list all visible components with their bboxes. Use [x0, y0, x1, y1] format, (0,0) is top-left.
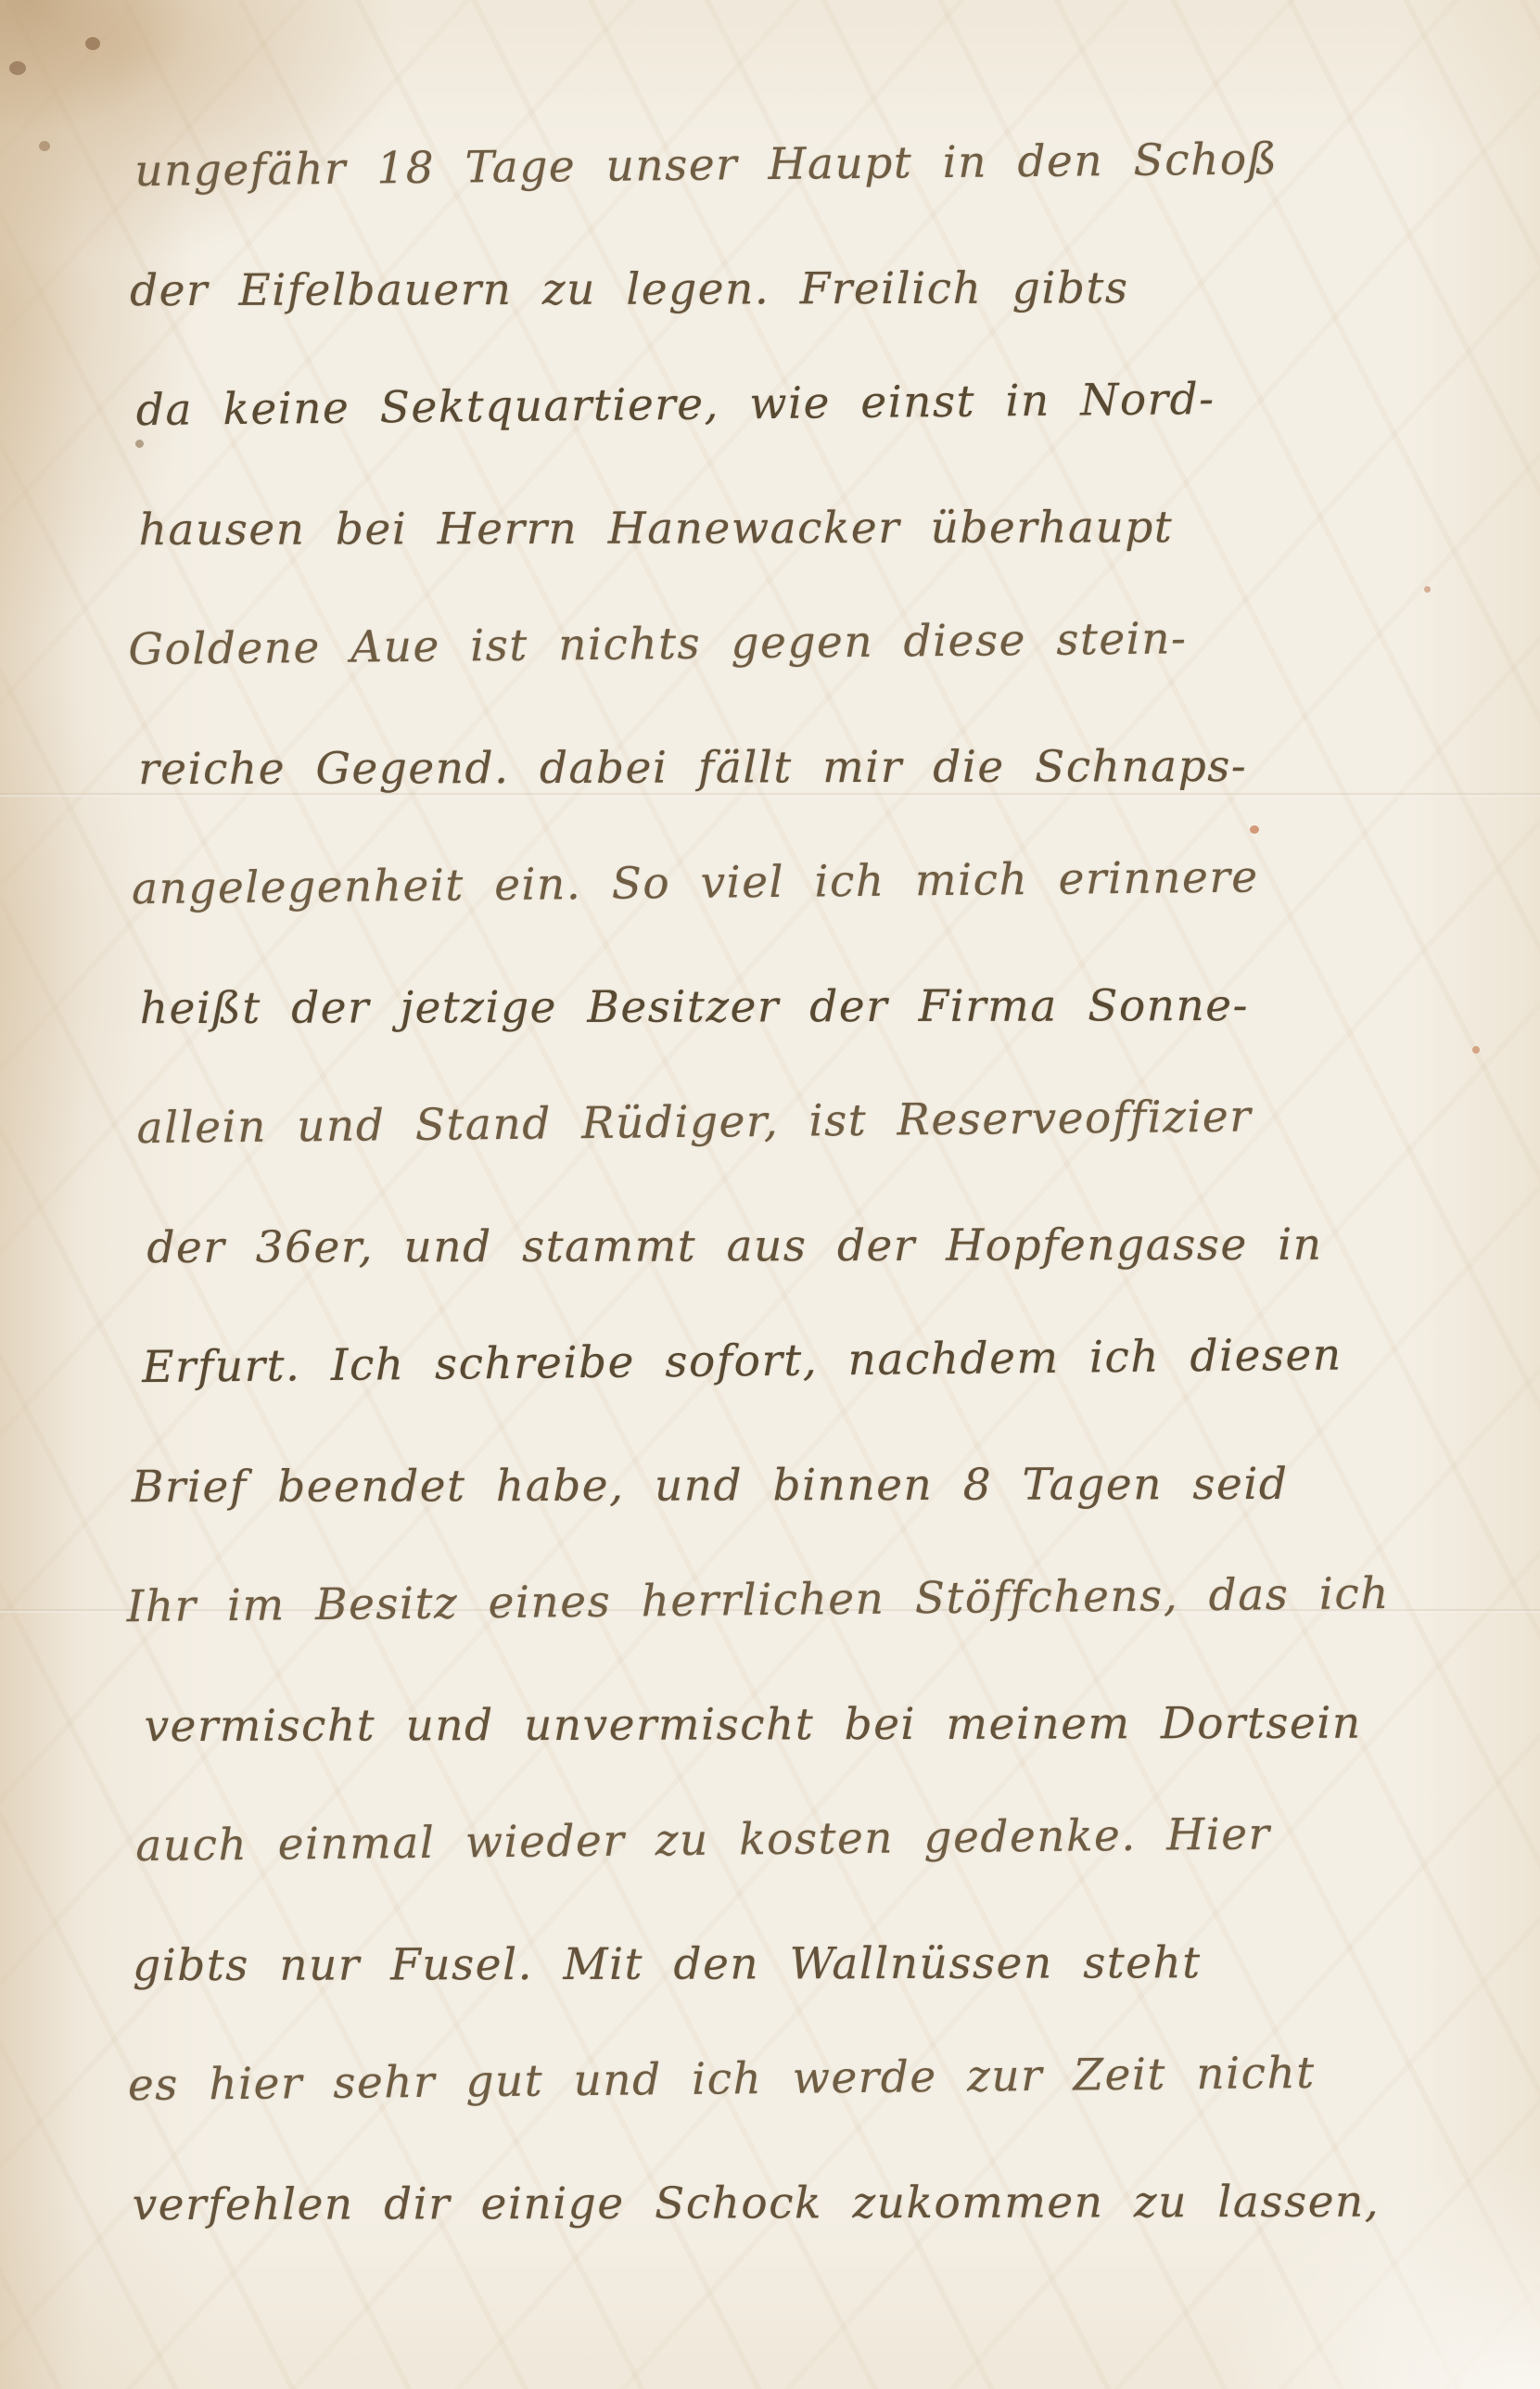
letter-page: ungefähr 18 Tage unser Haupt in den Scho… — [0, 0, 1540, 2389]
letter-line: allein und Stand Rüdiger, ist Reserveoff… — [136, 1055, 1387, 1188]
letter-line: gibts nur Fusel. Mit den Wallnüssen steh… — [133, 1903, 1393, 2026]
letter-line: Ihr im Besitz eines herrlichen Stöffchen… — [126, 1534, 1390, 1667]
letter-line: Erfurt. Ich schreibe sofort, nachdem ich… — [142, 1295, 1389, 1427]
stain-speck — [85, 37, 100, 50]
stain-speck — [39, 141, 50, 151]
letter-line: verfehlen dir einige Schock zukommen zu … — [133, 2142, 1394, 2266]
letter-line: da keine Sektquartiere, wie einst in Nor… — [135, 338, 1382, 470]
letter-line: ungefähr 18 Tage unser Haupt in den Scho… — [134, 98, 1381, 231]
letter-line: vermischt und unvermischt bei meinem Dor… — [144, 1664, 1391, 1787]
letter-line: auch einmal wieder zu kosten gedenke. Hi… — [135, 1773, 1392, 1906]
letter-line: heißt der jetzige Besitzer der Firma Son… — [140, 946, 1387, 1069]
letter-line: angelegenheit ein. So viel ich mich erin… — [131, 816, 1385, 949]
letter-line: der 36er, und stammt aus der Hopfengasse… — [146, 1185, 1388, 1309]
stain-speck — [9, 61, 26, 75]
letter-line: Brief beendet habe, und binnen 8 Tagen s… — [132, 1424, 1390, 1548]
letter-line: es hier sehr gut und ich werde zur Zeit … — [127, 2012, 1393, 2145]
letter-line: reiche Gegend. dabei fällt mir die Schna… — [138, 707, 1385, 830]
letter-line: Goldene Aue ist nichts gegen diese stein… — [128, 577, 1384, 709]
rust-speck — [1472, 1046, 1480, 1054]
rust-speck — [1424, 586, 1431, 593]
letter-line: der Eifelbauern zu legen. Freilich gibts — [130, 228, 1382, 351]
handwritten-text-block: ungefähr 18 Tage unser Haupt in den Scho… — [134, 104, 1394, 2265]
letter-line: hausen bei Herrn Hanewacker überhaupt — [139, 467, 1384, 591]
